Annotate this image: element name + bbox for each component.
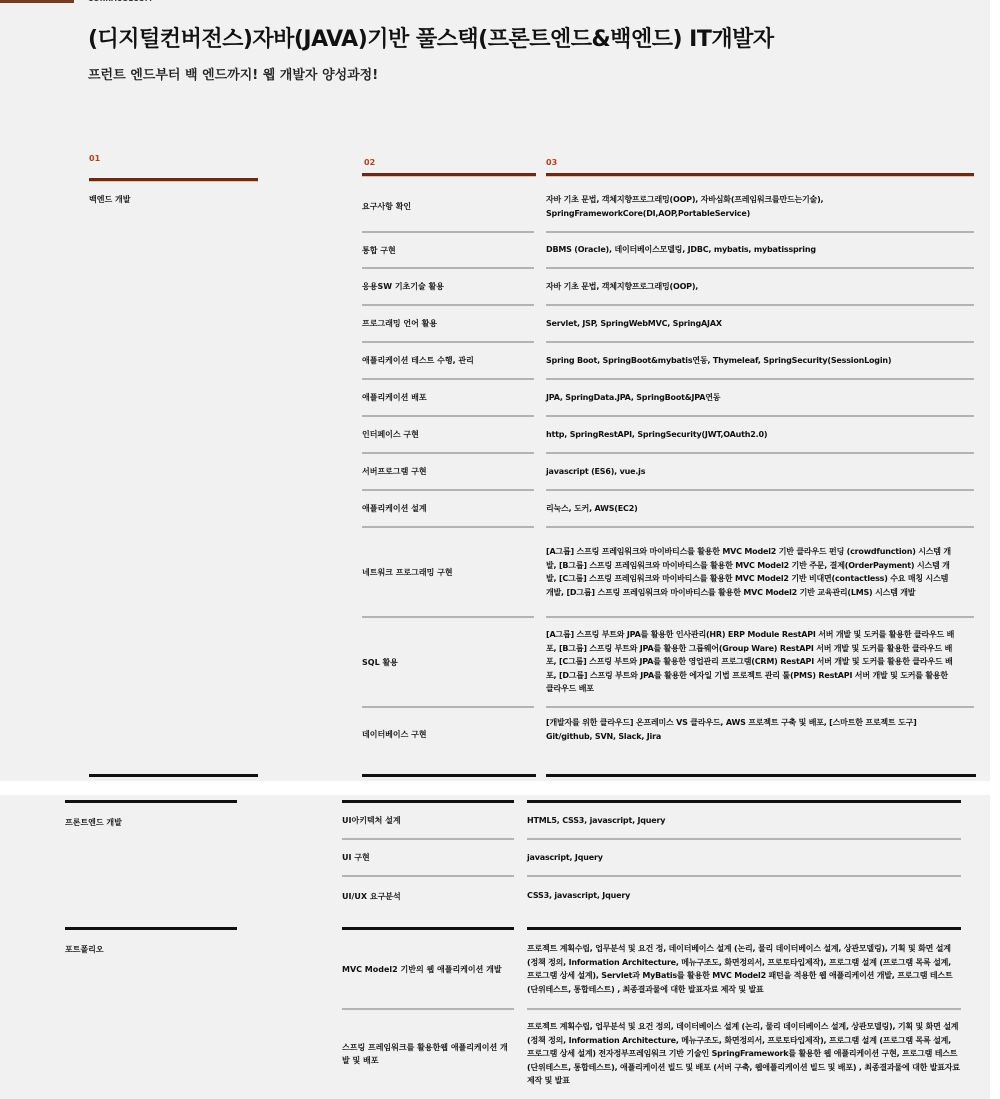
row-content: Servlet, JSP, SpringWebMVC, SpringAJAX	[546, 306, 956, 341]
row-unit-label: UI 구현	[342, 840, 514, 875]
site-name: CORRACOLCOM	[88, 0, 152, 3]
row-unit-label: 스프링 프레임워크를 활용한웹 애플리케이션 개발 및 배포	[342, 1010, 514, 1098]
page-title: (디지털컨버전스)자바(JAVA)기반 풀스택(프론트엔드&백엔드) IT개발자	[88, 22, 774, 53]
column-rule-02	[362, 173, 536, 176]
row-content: HTML5, CSS3, javascript, Jquery	[527, 803, 961, 838]
portfolio-rule-01	[65, 927, 237, 930]
row-content: [A그룹] 스프링 프레임워크와 마이바티스를 활용한 MVC Model2 기…	[546, 528, 956, 616]
frontend-rule-01	[65, 800, 237, 803]
row-unit-label: 응용SW 기초기술 활용	[362, 269, 534, 304]
row-unit-label: 데이터베이스 구현	[362, 708, 534, 760]
row-unit-label: 서버프로그램 구현	[362, 454, 534, 489]
section-end-rule-03	[546, 774, 976, 777]
row-content: javascript (ES6), vue.js	[546, 454, 956, 489]
category-backend: 백엔드 개발	[89, 194, 130, 205]
column-rule-01	[89, 178, 258, 181]
row-content: [A그룹] 스프링 부트와 JPA를 활용한 인사관리(HR) ERP Modu…	[546, 618, 956, 706]
row-content: 리눅스, 도커, AWS(EC2)	[546, 491, 956, 526]
section-end-rule-01	[89, 774, 258, 777]
row-content: 프로젝트 계획수립, 업무분석 및 요건 정의, 데이터베이스 설계 (논리, …	[527, 1010, 961, 1098]
row-unit-label: 요구사항 확인	[362, 182, 534, 231]
row-unit-label: 애플리케이션 설계	[362, 491, 534, 526]
row-content: 자바 기초 문법, 객체지향프로그래밍(OOP),	[546, 269, 956, 304]
row-content: DBMS (Oracle), 데이터베이스모델링, JDBC, mybatis,…	[546, 233, 956, 267]
row-unit-label: MVC Model2 기반의 웹 애플리케이션 개발	[342, 930, 514, 1008]
row-content: http, SpringRestAPI, SpringSecurity(JWT,…	[546, 417, 956, 452]
row-content: Spring Boot, SpringBoot&mybatis연동, Thyme…	[546, 343, 956, 378]
category-frontend: 프론트엔드 개발	[65, 817, 122, 828]
page-subtitle: 프런트 엔드부터 백 엔드까지! 웹 개발자 양성과정!	[88, 64, 378, 83]
row-unit-label: 애플리케이션 테스트 수행, 관리	[362, 343, 534, 378]
column-number-01: 01	[89, 154, 100, 163]
row-unit-label: 통합 구현	[362, 233, 534, 267]
row-content: CSS3, javascript, Jquery	[527, 877, 961, 915]
row-unit-label: SQL 활용	[362, 618, 534, 706]
row-content: JPA, SpringData.JPA, SpringBoot&JPA연동	[546, 380, 956, 415]
row-content: javascript, Jquery	[527, 840, 961, 875]
row-content: 프로젝트 계획수립, 업무분석 및 요건 정, 데이터베이스 설계 (논리, 물…	[527, 930, 961, 1008]
top-accent-bar	[0, 0, 74, 3]
section-end-rule-02	[362, 774, 536, 777]
column-rule-03	[546, 173, 974, 176]
row-unit-label: 인터페이스 구현	[362, 417, 534, 452]
row-unit-label: 네트워크 프로그래밍 구현	[362, 528, 534, 616]
row-content: [개발자를 위한 클라우드] 온프레미스 VS 클라우드, AWS 프로젝트 구…	[546, 708, 956, 760]
column-number-02: 02	[364, 158, 375, 167]
row-unit-label: 애플리케이션 배포	[362, 380, 534, 415]
column-number-03: 03	[546, 158, 557, 167]
row-unit-label: 프로그래밍 언어 활용	[362, 306, 534, 341]
row-unit-label: UI/UX 요구분석	[342, 877, 514, 915]
row-content: 자바 기초 문법, 객체지향프로그래밍(OOP), 자바심화(프레임워크를만드는…	[546, 182, 956, 231]
row-unit-label: UI아키텍처 설계	[342, 803, 514, 838]
category-portfolio: 포트폴리오	[65, 944, 104, 955]
